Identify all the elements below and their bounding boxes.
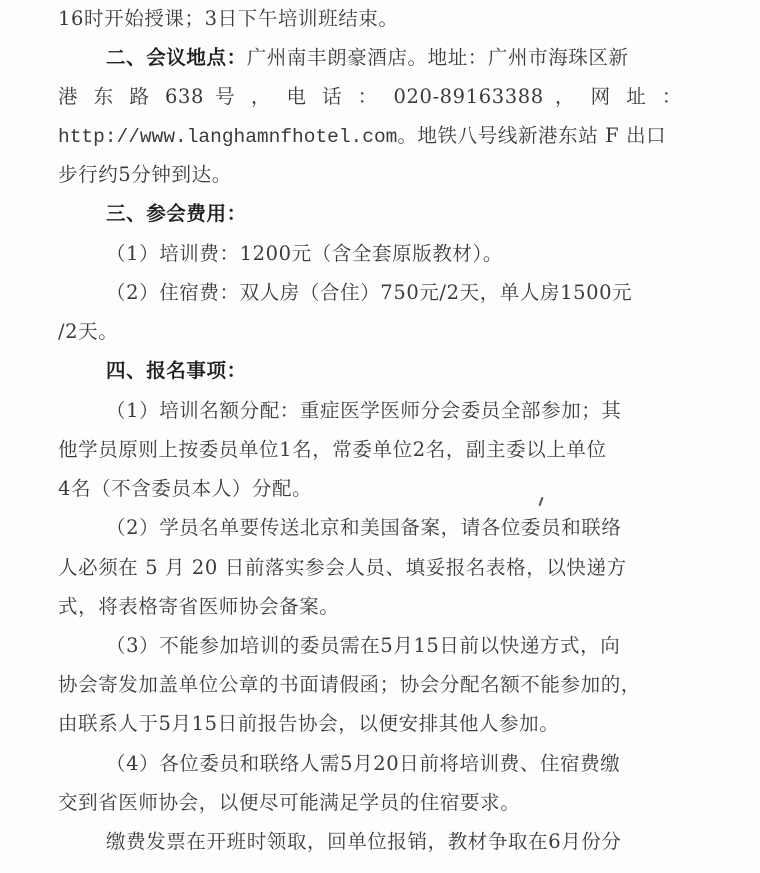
text-line: 式，将表格寄省医师协会备案。 [58,594,682,620]
text-line: 16时开始授课；3日下午培训班结束。 [58,6,682,32]
text-line: 。地铁八号线新港东站 F 出口 [397,124,666,147]
text-line: 广州南丰朗豪酒店。地址：广州市海珠区新 [247,46,629,69]
text-line: /2天。 [58,319,682,345]
address-line: 港 东 路 638 号 ， 电 话 ： 020-89163388 ， 网 址 ： [58,84,682,110]
text-line: 人必须在 5 月 20 日前落实参会人员、填妥报名表格，以快递方 [58,555,682,581]
hotel-url-link[interactable]: http://www.langhamnfhotel.com [58,126,397,148]
text-line: 由联系人于5月15日前报告协会，以便安排其他人参加。 [58,711,682,737]
section-heading-registration: 四、报名事项： [106,358,682,384]
text-line: （2）住宿费：双人房（合住）750元/2天，单人房1500元 [106,280,682,306]
text-line: （1）培训费：1200元（含全套原版教材）。 [106,241,682,267]
section-heading-fees: 三、参会费用： [106,201,682,227]
section-heading-venue: 二、会议地点： [106,46,247,69]
text-line: 缴费发票在开班时领取，回单位报销，教材争取在6月份分 [106,829,682,855]
text-line: （2）学员名单要传送北京和美国备案，请各位委员和联络 [106,515,682,541]
document-page: 16时开始授课；3日下午培训班结束。 二、会议地点：广州南丰朗豪酒店。地址：广州… [0,0,760,873]
text-line: 交到省医师协会，以便尽可能满足学员的住宿要求。 [58,790,682,816]
text-line: 4名（不含委员本人）分配。 [58,476,682,502]
text-line: 协会寄发加盖单位公章的书面请假函；协会分配名额不能参加的， [58,672,682,698]
text-line: （4）各位委员和联络人需5月20日前将培训费、住宿费缴 [106,751,682,777]
url-line: http://www.langhamnfhotel.com。地铁八号线新港东站 … [58,123,682,150]
text-line: 步行约5分钟到达。 [58,162,682,188]
text-line: （1）培训名额分配：重症医学医师分会委员全部参加；其 [106,398,682,424]
text-line: 他学员原则上按委员单位1名，常委单位2名，副主委以上单位 [58,437,682,463]
section-2-line: 二、会议地点：广州南丰朗豪酒店。地址：广州市海珠区新 [106,45,682,71]
text-line: （3）不能参加培训的委员需在5月15日前以快递方式，向 [106,633,682,659]
